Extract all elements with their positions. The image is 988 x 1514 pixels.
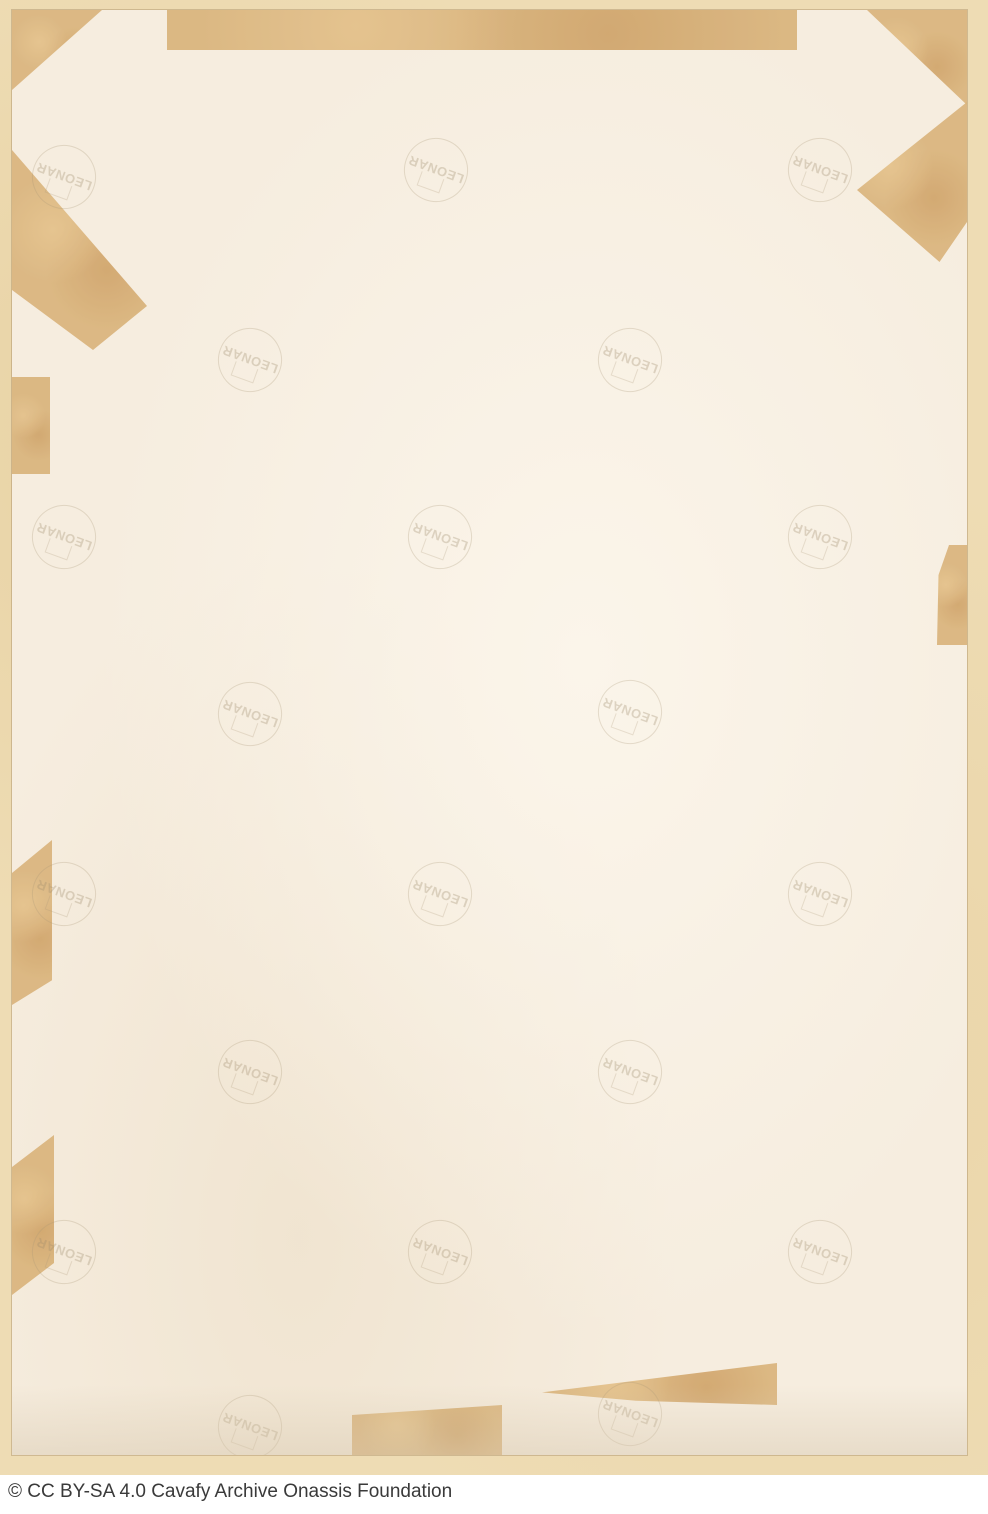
watermark-text: LEONAR <box>406 153 466 187</box>
watermark-text: LEONAR <box>600 343 660 377</box>
watermark-logo: LEONAR <box>779 496 861 578</box>
watermark-logo: LEONAR <box>395 129 477 211</box>
watermark-logo: LEONAR <box>399 1211 481 1293</box>
archive-mount-board: LEONAR LEONAR LEONAR LEONAR LEONAR LEONA… <box>0 0 988 1475</box>
tape-left-middle <box>12 840 52 1005</box>
watermark-text: LEONAR <box>600 695 660 729</box>
watermark-text: LEONAR <box>220 1055 280 1089</box>
tape-right-small <box>937 545 967 645</box>
tape-top-right-corner <box>867 10 967 105</box>
watermark-text: LEONAR <box>600 1055 660 1089</box>
watermark-text: LEONAR <box>220 697 280 731</box>
watermark-logo: LEONAR <box>399 853 481 935</box>
watermark-text: LEONAR <box>220 1410 280 1444</box>
watermark-logo: LEONAR <box>209 319 291 401</box>
copyright-caption: © CC BY-SA 4.0 Cavafy Archive Onassis Fo… <box>8 1481 452 1503</box>
watermark-text: LEONAR <box>34 520 94 554</box>
tape-bottom-left <box>352 1405 502 1455</box>
watermark-text: LEONAR <box>34 1235 94 1269</box>
watermark-text: LEONAR <box>410 877 470 911</box>
tape-left-small <box>12 377 50 474</box>
watermark-logo: LEONAR <box>779 1211 861 1293</box>
watermark-logo: LEONAR <box>779 129 861 211</box>
watermark-logo: LEONAR <box>399 496 481 578</box>
watermark-logo: LEONAR <box>23 496 105 578</box>
tape-top-strip <box>167 10 797 50</box>
watermark-logo: LEONAR <box>209 1386 291 1455</box>
tape-right-diagonal <box>857 102 967 262</box>
watermark-logo: LEONAR <box>589 1031 671 1113</box>
document-page: LEONAR LEONAR LEONAR LEONAR LEONAR LEONA… <box>12 10 967 1455</box>
watermark-text: LEONAR <box>220 343 280 377</box>
watermark-text: LEONAR <box>790 153 850 187</box>
tape-bottom-wedge <box>542 1363 777 1405</box>
watermark-logo: LEONAR <box>209 673 291 755</box>
watermark-text: LEONAR <box>34 160 94 194</box>
watermark-text: LEONAR <box>600 1397 660 1431</box>
watermark-logo: LEONAR <box>589 671 671 753</box>
watermark-text: LEONAR <box>410 1235 470 1269</box>
watermark-logo: LEONAR <box>589 1373 671 1455</box>
watermark-logo: LEONAR <box>589 319 671 401</box>
watermark-text: LEONAR <box>34 877 94 911</box>
watermark-text: LEONAR <box>790 877 850 911</box>
watermark-text: LEONAR <box>410 520 470 554</box>
watermark-text: LEONAR <box>790 1235 850 1269</box>
tape-top-left-corner <box>12 10 102 90</box>
watermark-logo: LEONAR <box>779 853 861 935</box>
watermark-logo: LEONAR <box>209 1031 291 1113</box>
watermark-text: LEONAR <box>790 520 850 554</box>
